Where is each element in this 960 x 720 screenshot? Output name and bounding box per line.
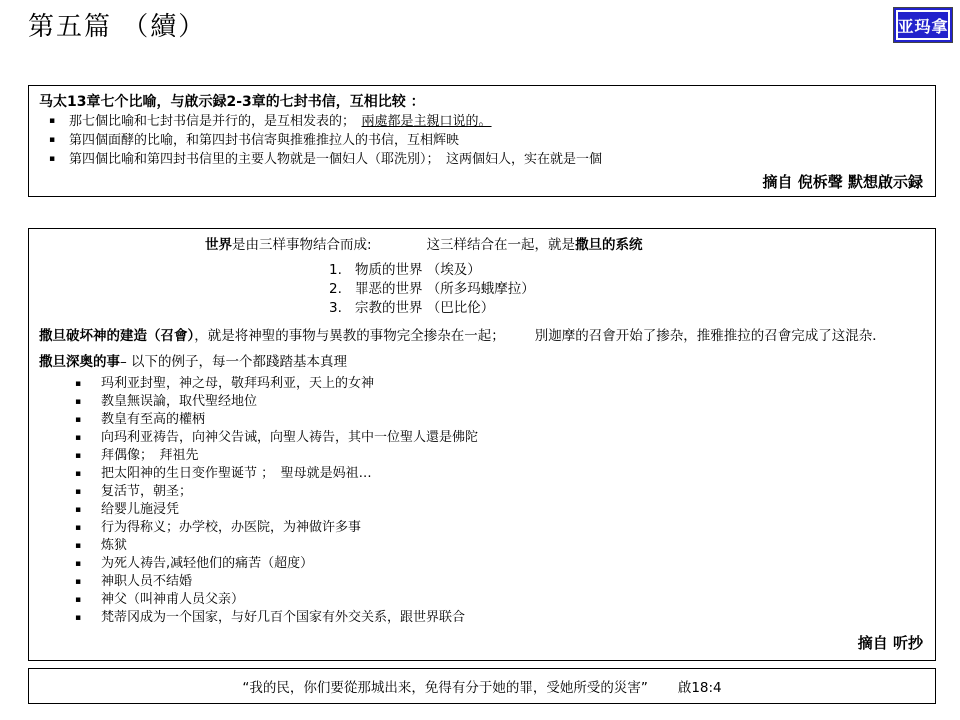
intro-left-rest: 是由三样事物结合而成:	[232, 237, 372, 253]
world-system-box: 世界是由三样事物结合而成: 这三样结合在一起，就是撒旦的系统 1. 物质的世界 …	[28, 228, 936, 661]
paragraph-rest: ，就是将神聖的事物与異教的事物完全掺杂在一起；	[194, 328, 505, 344]
list-item: ▪ 第四個比喻和第四封书信里的主要人物就是一個妇人（耶洗別）； 这两個妇人，实在…	[39, 150, 925, 169]
bullet-icon: ▪	[75, 591, 85, 609]
bullet-icon: ▪	[75, 447, 85, 465]
list-item: ▪梵蒂冈成为一个国家，与好几百个国家有外交关系，跟世界联合	[75, 609, 925, 627]
bullet-icon: ▪	[75, 555, 85, 573]
list-item: ▪给婴儿施浸凭	[75, 501, 925, 519]
list-item-text: 向玛利亚祷告，向神父告诫，向聖人祷告，其中一位聖人還是佛陀	[101, 429, 478, 447]
bullet-icon: ▪	[75, 501, 85, 519]
list-item: ▪玛利亚封聖，神之母，敬拜玛利亚，天上的女神	[75, 375, 925, 393]
bullet-icon: ▪	[75, 411, 85, 429]
bullet-icon: ▪	[75, 609, 85, 627]
list-item: ▪教皇有至高的權柄	[75, 411, 925, 429]
list-item: ▪神父（叫神甫人员父亲）	[75, 591, 925, 609]
intro-gap	[372, 235, 427, 255]
bullet-icon: ▪	[75, 375, 85, 393]
scripture-quote: “我的民，你们要從那城出来，免得有分于她的罪，受她所受的災害”	[242, 676, 648, 696]
source-attribution: 摘自 听抄	[39, 632, 925, 653]
item-text: 宗教的世界 （巴比伦）	[355, 299, 494, 318]
slide: 第五篇 （續） 亚玛拿 马太13章七个比喻，与啟示録2-3章的七封书信，互相比较…	[0, 0, 960, 720]
source-attribution: 摘自 倪柝聲 默想啟示録	[39, 171, 925, 192]
scripture-line: “我的民，你们要從那城出来，免得有分于她的罪，受她所受的災害” 啟18:4	[242, 676, 721, 696]
list-item: ▪向玛利亚祷告，向神父告诫，向聖人祷告，其中一位聖人還是佛陀	[75, 429, 925, 447]
amana-badge: 亚玛拿	[893, 7, 953, 43]
item-number: 1.	[329, 261, 355, 280]
comparison-heading: 马太13章七个比喻，与啟示録2-3章的七封书信，互相比较 ：	[39, 92, 925, 112]
bullet-icon: ▪	[49, 112, 59, 131]
list-item: ▪ 第四個面酵的比喻，和第四封书信寄與推雅推拉人的书信，互相辉映	[39, 131, 925, 150]
list-item-text: 神职人员不结婚	[101, 573, 192, 591]
list-item: ▪拜偶像； 拜祖先	[75, 447, 925, 465]
amana-badge-label: 亚玛拿	[897, 14, 948, 37]
list-item-text-underlined: 兩處都是主親口说的。	[362, 114, 492, 129]
item-number: 3.	[329, 299, 355, 318]
intro-right-bold: 撒旦的系统	[575, 237, 643, 253]
list-item: ▪ 那七個比喻和七封书信是并行的，是互相发表的； 兩處都是主親口说的。	[39, 112, 925, 131]
list-item: ▪复活节，朝圣；	[75, 483, 925, 501]
bullet-icon: ▪	[75, 537, 85, 555]
bullet-icon: ▪	[75, 573, 85, 591]
bullet-icon: ▪	[49, 150, 59, 169]
list-item-text: 第四個面酵的比喻，和第四封书信寄與推雅推拉人的书信，互相辉映	[69, 131, 459, 150]
bullet-icon: ▪	[75, 429, 85, 447]
bullet-icon: ▪	[75, 519, 85, 537]
bullet-icon: ▪	[49, 131, 59, 150]
numbered-list: 1. 物质的世界 （埃及） 2. 罪恶的世界 （所多玛蛾摩拉） 3. 宗教的世界…	[329, 261, 925, 318]
paragraph-bold: 撒旦破坏神的建造（召會）	[39, 328, 194, 344]
intro-left: 世界是由三样事物结合而成:	[205, 235, 372, 255]
satan-building-paragraph: 撒旦破坏神的建造（召會），就是将神聖的事物与異教的事物完全掺杂在一起；別迦摩的召…	[39, 327, 925, 346]
list-item-text: 行为得称义；办学校，办医院，为神做许多事	[101, 519, 361, 537]
numbered-item: 1. 物质的世界 （埃及）	[329, 261, 925, 280]
list-item: ▪教皇無误論，取代聖经地位	[75, 393, 925, 411]
list-item: ▪神职人员不结婚	[75, 573, 925, 591]
intro-right: 这三样结合在一起，就是撒旦的系统	[427, 235, 643, 255]
list-item-text: 把太阳神的生日变作聖诞节 ； 聖母就是妈祖…	[101, 465, 372, 483]
deep-things-bold: 撒旦深奥的事	[39, 354, 120, 370]
list-item-text: 炼狱	[101, 537, 127, 555]
intro-left-bold: 世界	[205, 237, 232, 253]
deep-things-line: 撒旦深奥的事– 以下的例子，每一个都踐踏基本真理	[39, 353, 925, 372]
comparison-box: 马太13章七个比喻，与啟示録2-3章的七封书信，互相比较 ： ▪ 那七個比喻和七…	[28, 85, 936, 197]
list-item-text: 那七個比喻和七封书信是并行的，是互相发表的； 兩處都是主親口说的。	[69, 112, 492, 131]
list-item-text: 为死人祷告,减轻他们的痛苦（超度）	[101, 555, 313, 573]
numbered-item: 2. 罪恶的世界 （所多玛蛾摩拉）	[329, 280, 925, 299]
list-item-text: 拜偶像； 拜祖先	[101, 447, 199, 465]
list-item-text: 第四個比喻和第四封书信里的主要人物就是一個妇人（耶洗別）； 这两個妇人，实在就是…	[69, 150, 602, 169]
list-item: ▪行为得称义；办学校，办医院，为神做许多事	[75, 519, 925, 537]
item-text: 物质的世界 （埃及）	[355, 261, 481, 280]
item-text: 罪恶的世界 （所多玛蛾摩拉）	[355, 280, 535, 299]
list-item-text: 教皇有至高的權柄	[101, 411, 205, 429]
list-item-text: 玛利亚封聖，神之母，敬拜玛利亚，天上的女神	[101, 375, 374, 393]
examples-list: ▪玛利亚封聖，神之母，敬拜玛利亚，天上的女神 ▪教皇無误論，取代聖经地位 ▪教皇…	[75, 375, 925, 627]
page-title: 第五篇 （續）	[28, 6, 206, 43]
list-item-text-plain: 那七個比喻和七封书信是并行的，是互相发表的；	[69, 114, 362, 129]
intro-right-plain: 这三样结合在一起，就是	[427, 237, 576, 253]
scripture-box: “我的民，你们要從那城出来，免得有分于她的罪，受她所受的災害” 啟18:4	[28, 668, 936, 704]
item-number: 2.	[329, 280, 355, 299]
list-item: ▪为死人祷告,减轻他们的痛苦（超度）	[75, 555, 925, 573]
list-item: ▪把太阳神的生日变作聖诞节 ； 聖母就是妈祖…	[75, 465, 925, 483]
list-item: ▪炼狱	[75, 537, 925, 555]
bullet-icon: ▪	[75, 483, 85, 501]
list-item-text: 给婴儿施浸凭	[101, 501, 179, 519]
scripture-reference: 啟18:4	[678, 676, 722, 696]
list-item-text: 教皇無误論，取代聖经地位	[101, 393, 257, 411]
bullet-icon: ▪	[75, 393, 85, 411]
numbered-item: 3. 宗教的世界 （巴比伦）	[329, 299, 925, 318]
bullet-icon: ▪	[75, 465, 85, 483]
paragraph-tail: 別迦摩的召會开始了掺杂，推雅推拉的召會完成了这混杂．	[535, 328, 886, 344]
list-item-text: 复活节，朝圣；	[101, 483, 192, 501]
deep-things-rest: – 以下的例子，每一个都踐踏基本真理	[120, 354, 347, 370]
list-item-text: 梵蒂冈成为一个国家，与好几百个国家有外交关系，跟世界联合	[101, 609, 465, 627]
list-item-text: 神父（叫神甫人员父亲）	[101, 591, 244, 609]
intro-line: 世界是由三样事物结合而成: 这三样结合在一起，就是撒旦的系统	[205, 235, 925, 255]
